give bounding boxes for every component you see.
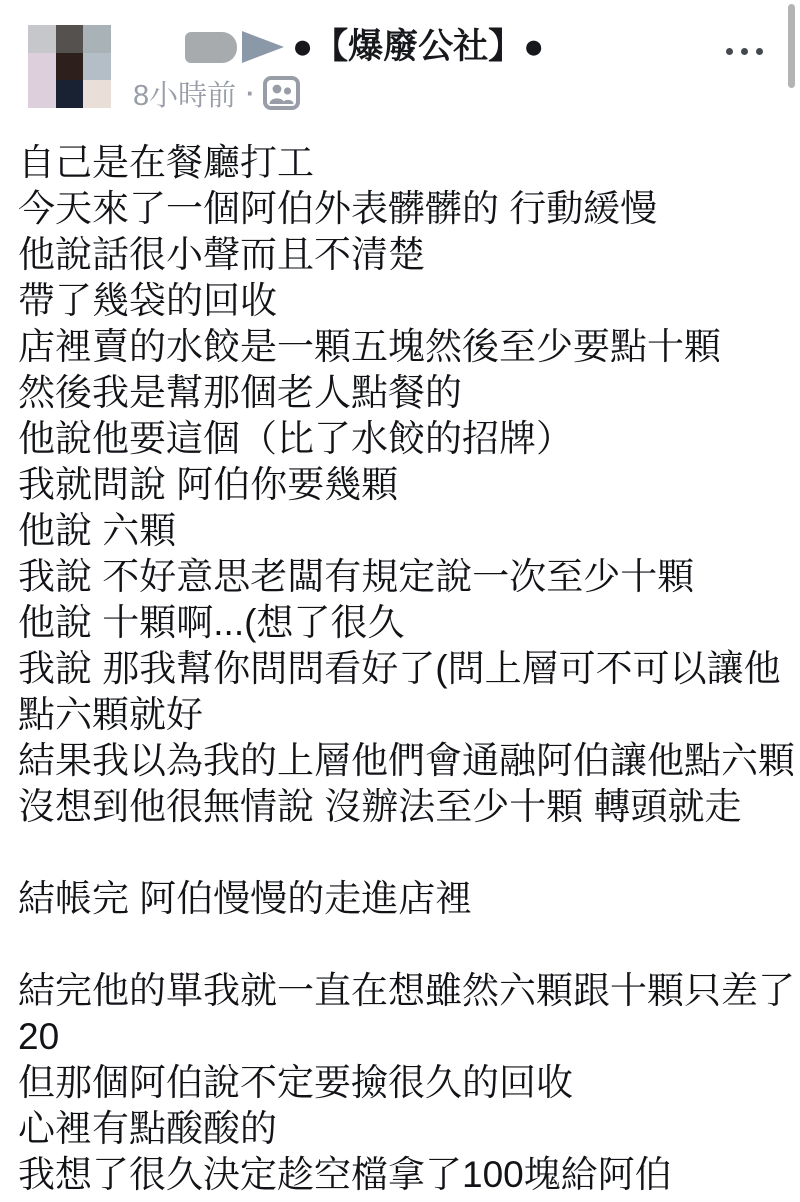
- post-line: 但那個阿伯說不定要撿很久的回收: [18, 1060, 796, 1106]
- avatar[interactable]: [28, 25, 111, 108]
- post-line: [18, 830, 796, 876]
- more-options-button[interactable]: [722, 44, 767, 59]
- facebook-post-screenshot: ●【爆廢公社】● 8小時前 · 自己是在餐廳打工今天來了一個阿伯外表髒髒的 行動…: [0, 0, 800, 1202]
- post-line: 他說話很小聲而且不清楚: [18, 232, 796, 278]
- post-line: 我想了很久決定趁空檔拿了100塊給阿伯: [18, 1152, 796, 1198]
- post-line: 我說 不好意思老闆有規定說一次至少十顆: [18, 554, 796, 600]
- post-line: 結帳完 阿伯慢慢的走進店裡: [18, 876, 796, 922]
- post-line: 然後我是幫那個老人點餐的: [18, 370, 796, 416]
- post-line: 心裡有點酸酸的: [18, 1106, 796, 1152]
- scrollbar-thumb[interactable]: [788, 4, 795, 88]
- avatar-pixel: [83, 80, 111, 108]
- avatar-pixel: [28, 80, 56, 108]
- post-line: 20: [18, 1014, 796, 1060]
- meta-row: 8小時前 ·: [133, 74, 300, 112]
- post-line: 帶了幾袋的回收: [18, 278, 796, 324]
- ellipsis-dot: [756, 48, 763, 55]
- post-line: 結完他的單我就一直在想雖然六顆跟十顆只差了: [18, 968, 796, 1014]
- ellipsis-dot: [741, 48, 748, 55]
- avatar-pixel: [56, 53, 84, 81]
- avatar-pixel: [83, 53, 111, 81]
- avatar-pixel: [28, 53, 56, 81]
- post-line: 他說 十顆啊...(想了很久: [18, 600, 796, 646]
- group-name-link[interactable]: ●【爆廢公社】●: [292, 28, 544, 66]
- ellipsis-dot: [726, 48, 733, 55]
- post-line: 我就問說 阿伯你要幾顆: [18, 462, 796, 508]
- post-line: 點六顆就好: [18, 692, 796, 738]
- post-line: 自己是在餐廳打工: [18, 140, 796, 186]
- post-line: 沒想到他很無情說 沒辦法至少十顆 轉頭就走: [18, 784, 796, 830]
- post-line: 結果我以為我的上層他們會通融阿伯讓他點六顆: [18, 738, 796, 784]
- avatar-pixel: [28, 25, 56, 53]
- post-line: 店裡賣的水餃是一顆五塊然後至少要點十顆: [18, 324, 796, 370]
- post-body: 自己是在餐廳打工今天來了一個阿伯外表髒髒的 行動緩慢他說話很小聲而且不清楚帶了幾…: [18, 140, 796, 1198]
- avatar-pixel: [56, 80, 84, 108]
- post-line: 今天來了一個阿伯外表髒髒的 行動緩慢: [18, 186, 796, 232]
- post-line: 他說他要這個（比了水餃的招牌）: [18, 416, 796, 462]
- avatar-pixel: [83, 25, 111, 53]
- post-line: [18, 922, 796, 968]
- post-line: 我說 那我幫你問問看好了(問上層可不可以讓他: [18, 646, 796, 692]
- post-line: 他說 六顆: [18, 508, 796, 554]
- group-privacy-icon: [263, 76, 300, 110]
- timestamp[interactable]: 8小時前: [133, 73, 236, 114]
- shared-to-arrow-icon: [242, 31, 284, 63]
- avatar-pixel: [56, 25, 84, 53]
- dot-separator: ·: [246, 78, 255, 109]
- title-row: ●【爆廢公社】●: [185, 28, 544, 66]
- censored-username: [185, 32, 237, 63]
